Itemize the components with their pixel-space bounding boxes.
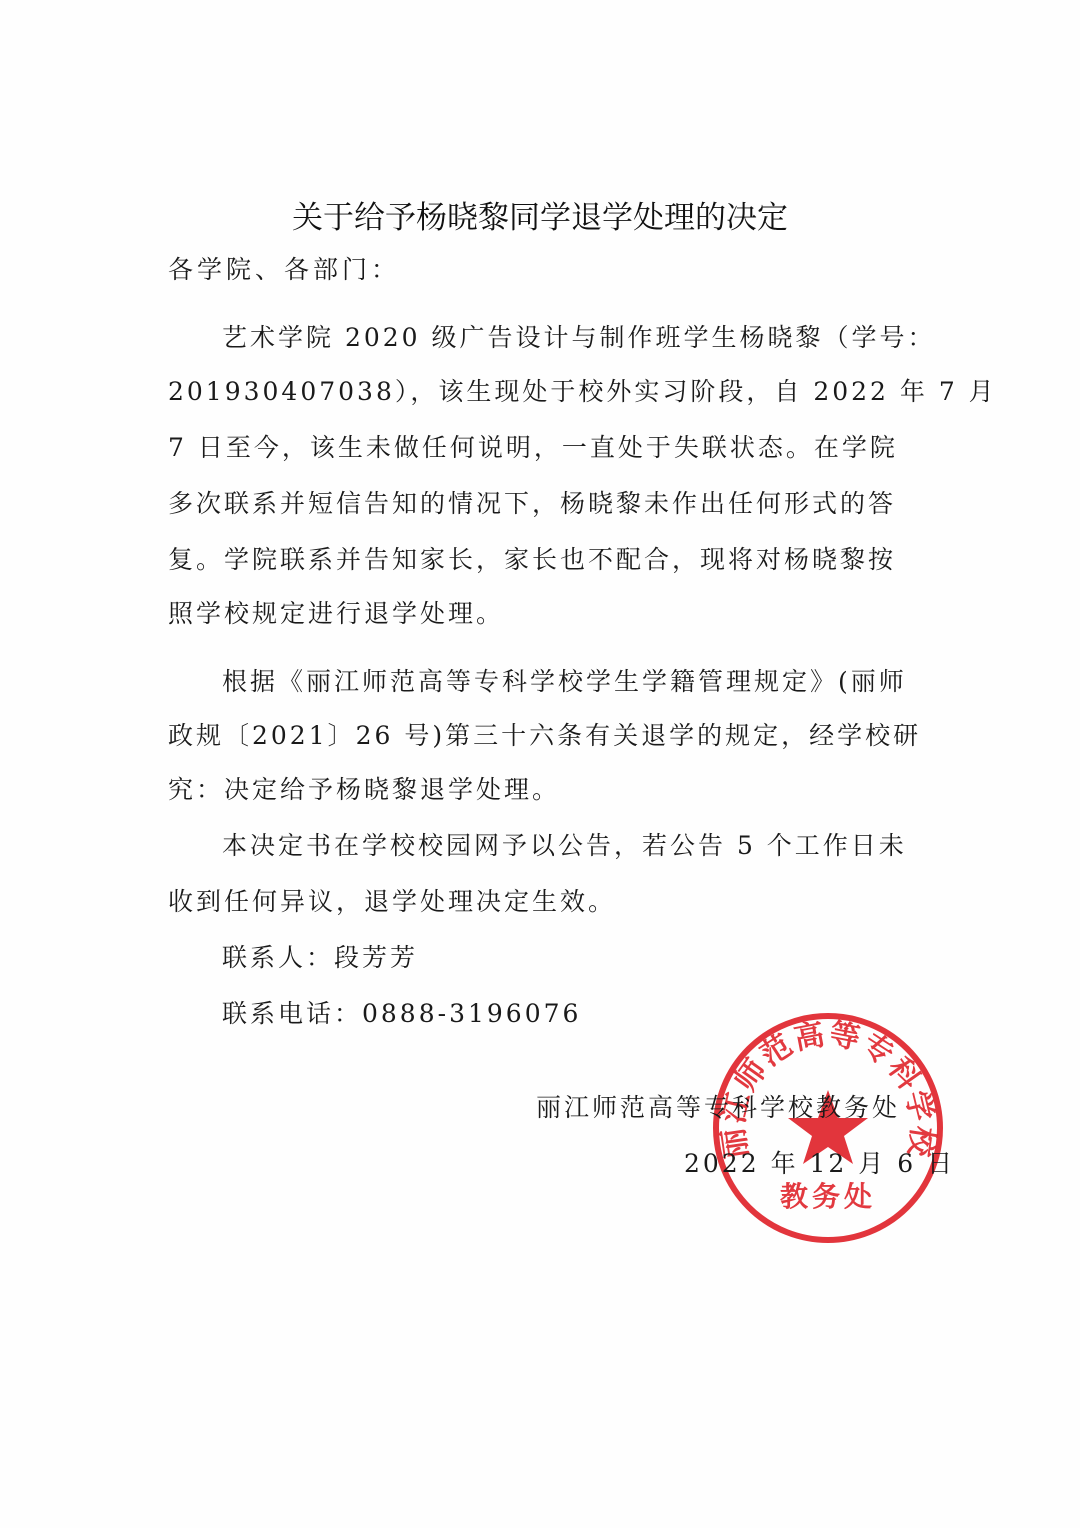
official-seal-icon: 丽江师范高等专科学校 教务处 (710, 1010, 946, 1246)
salutation: 各学院、各部门： (168, 250, 400, 286)
contact-person: 联系人：段芳芳 (222, 938, 418, 974)
paragraph-1-line-6: 照学校规定进行退学处理。 (168, 594, 504, 630)
paragraph-2-line-1: 根据《丽江师范高等专科学校学生学籍管理规定》(丽师 (222, 662, 907, 698)
issue-date: 2022 年 12 月 6 日 (684, 1144, 955, 1180)
paragraph-3-line-1: 本决定书在学校校园网予以公告，若公告 5 个工作日未 (222, 826, 907, 862)
paragraph-1-line-4: 多次联系并短信告知的情况下，杨晓黎未作出任何形式的答 (168, 484, 896, 520)
document-page: 关于给予杨晓黎同学退学处理的决定 各学院、各部门： 艺术学院 2020 级广告设… (0, 0, 1080, 1528)
paragraph-2-line-3: 究：决定给予杨晓黎退学处理。 (168, 770, 560, 806)
paragraph-1-line-3: 7 日至今，该生未做任何说明，一直处于失联状态。在学院 (168, 428, 898, 464)
paragraph-3-line-2: 收到任何异议，退学处理决定生效。 (168, 882, 616, 918)
contact-phone: 联系电话：0888-3196076 (222, 994, 581, 1030)
paragraph-1-line-5: 复。学院联系并告知家长，家长也不配合，现将对杨晓黎按 (168, 540, 896, 576)
issuing-office: 丽江师范高等专科学校教务处 (536, 1088, 900, 1124)
document-title: 关于给予杨晓黎同学退学处理的决定 (0, 192, 1080, 237)
svg-text:教务处: 教务处 (780, 1180, 876, 1213)
paragraph-1-line-1: 艺术学院 2020 级广告设计与制作班学生杨晓黎（学号： (222, 318, 936, 354)
paragraph-1-line-2: 201930407038），该生现处于校外实习阶段，自 2022 年 7 月 (168, 372, 997, 408)
paragraph-2-line-2: 政规〔2021〕26 号)第三十六条有关退学的规定，经学校研 (168, 716, 921, 752)
